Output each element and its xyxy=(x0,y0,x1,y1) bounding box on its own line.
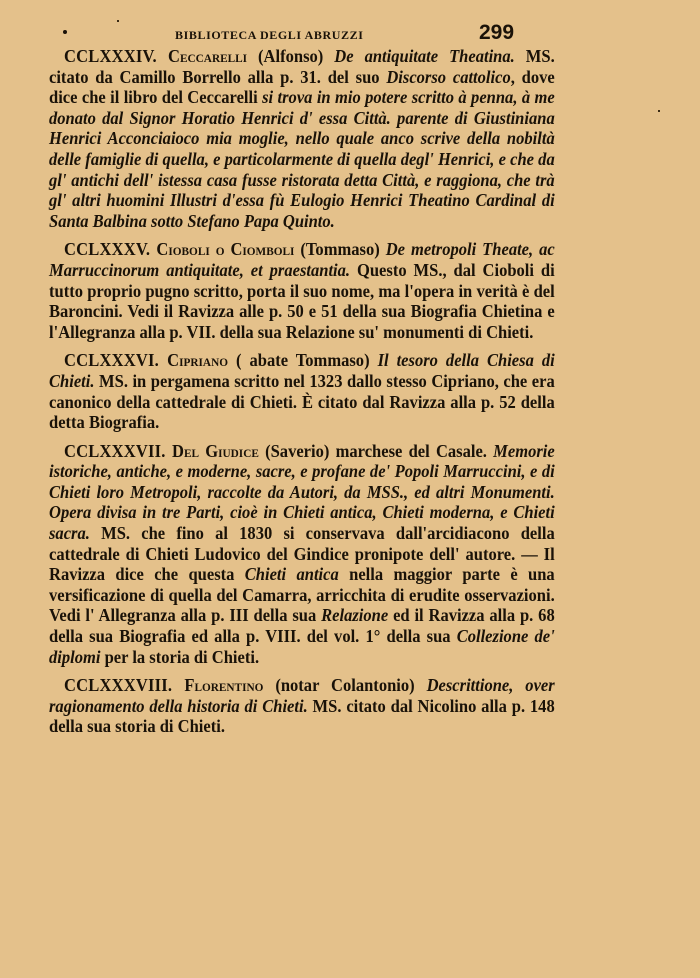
entry-number: CCLXXXIV. xyxy=(49,46,168,66)
entry-number: CCLXXXVI. xyxy=(49,350,167,370)
entries-list: CCLXXXIV. Ceccarelli (Alfonso) De antiqu… xyxy=(49,46,555,737)
entry-title-italic: De antiquitate Theatina. xyxy=(334,46,514,66)
entry-author: Florentino xyxy=(184,675,263,695)
entry-number: CCLXXXVII. xyxy=(49,441,172,461)
running-title: BIBLIOTECA DEGLI ABRUZZI xyxy=(175,28,363,43)
bibliography-entry: CCLXXXVIII. Florentino (notar Colantonio… xyxy=(49,675,555,737)
page-number: 299 xyxy=(479,21,514,45)
entry-text: MS. in pergamena scritto nel 1323 dallo … xyxy=(49,371,555,432)
entry-title-italic: Discorso cattolico xyxy=(386,67,510,87)
entry-author: Cioboli o Ciomboli xyxy=(156,239,294,259)
entry-title-italic: Chieti antica xyxy=(245,564,339,584)
entry-title-italic: si trova in mio potere scritto à penna, … xyxy=(49,87,555,231)
entry-text: (notar Colantonio) xyxy=(263,675,426,695)
entry-author: Del Giudice xyxy=(172,441,259,461)
entry-number: CCLXXXVIII. xyxy=(49,675,184,695)
entry-author: Cipriano xyxy=(167,350,228,370)
entry-text: per la storia di Chieti. xyxy=(100,647,259,667)
entry-text: (Saverio) marchese del Casale. xyxy=(259,441,493,461)
entry-author: Ceccarelli xyxy=(168,46,247,66)
entry-text: (Alfonso) xyxy=(247,46,334,66)
entry-text: (Tommaso) xyxy=(294,239,385,259)
entry-text: ( abate Tommaso) xyxy=(228,350,378,370)
ornament-dot xyxy=(63,30,67,34)
running-head: BIBLIOTECA DEGLI ABRUZZI 299 xyxy=(49,20,555,46)
bibliography-entry: CCLXXXV. Cioboli o Ciomboli (Tommaso) De… xyxy=(49,239,555,342)
bibliography-entry: CCLXXXVI. Cipriano ( abate Tommaso) Il t… xyxy=(49,350,555,432)
entry-title-italic: Relazione xyxy=(321,605,388,625)
paper-speck xyxy=(658,110,660,112)
bibliography-entry: CCLXXXVII. Del Giudice (Saverio) marches… xyxy=(49,441,555,668)
book-page: BIBLIOTECA DEGLI ABRUZZI 299 CCLXXXIV. C… xyxy=(49,20,555,745)
bibliography-entry: CCLXXXIV. Ceccarelli (Alfonso) De antiqu… xyxy=(49,46,555,231)
entry-number: CCLXXXV. xyxy=(49,239,156,259)
